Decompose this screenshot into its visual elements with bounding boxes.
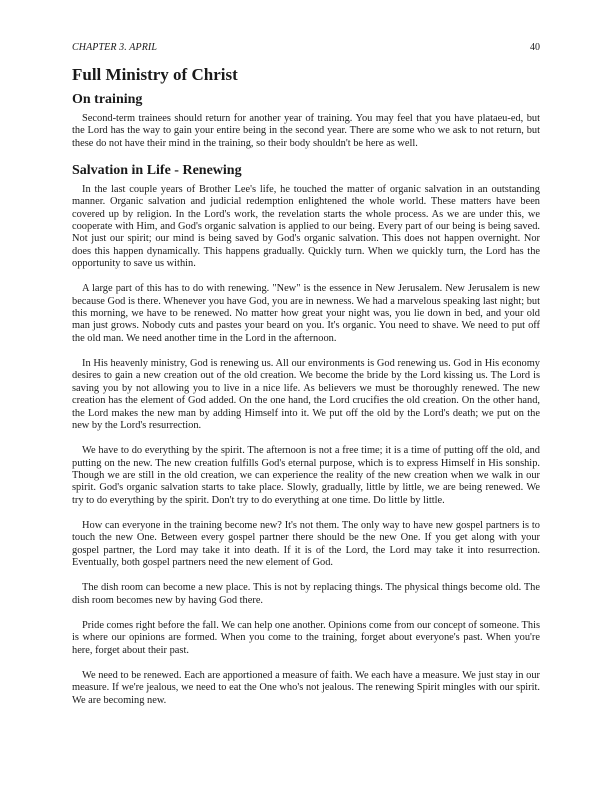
chapter-label: CHAPTER 3. APRIL bbox=[72, 42, 157, 53]
subsection-heading-salvation-in-life: Salvation in Life - Renewing bbox=[72, 163, 242, 179]
paragraph: In His heavenly ministry, God is renewin… bbox=[72, 358, 540, 432]
subsection-body-salvation-in-life: In the last couple years of Brother Lee'… bbox=[72, 184, 540, 720]
page-number: 40 bbox=[530, 42, 540, 53]
paragraph: Pride comes right before the fall. We ca… bbox=[72, 620, 540, 657]
running-header: CHAPTER 3. APRIL 40 bbox=[72, 42, 540, 56]
paragraph: A large part of this has to do with rene… bbox=[72, 283, 540, 345]
paragraph: We have to do everything by the spirit. … bbox=[72, 445, 540, 507]
paragraph: In the last couple years of Brother Lee'… bbox=[72, 184, 540, 270]
paragraph: We need to be renewed. Each are apportio… bbox=[72, 670, 540, 707]
paragraph: The dish room can become a new place. Th… bbox=[72, 582, 540, 607]
section-title: Full Ministry of Christ bbox=[72, 65, 238, 85]
paragraph: Second-term trainees should return for a… bbox=[72, 113, 540, 150]
subsection-heading-on-training: On training bbox=[72, 92, 142, 108]
subsection-body-on-training: Second-term trainees should return for a… bbox=[72, 113, 540, 150]
paragraph: How can everyone in the training become … bbox=[72, 520, 540, 569]
